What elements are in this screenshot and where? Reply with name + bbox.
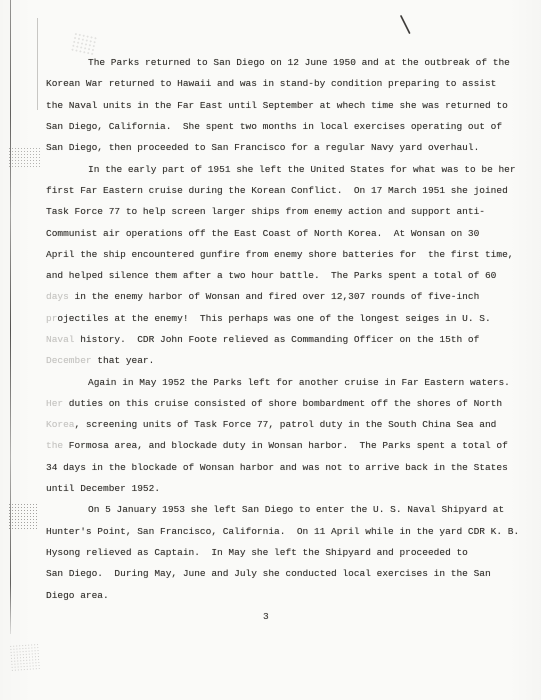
text-line: Hunter's Point, San Francisco, Californi… bbox=[46, 521, 520, 542]
text-line: San Diego, California. She spent two mon… bbox=[46, 116, 520, 137]
text-line: The Parks returned to San Diego on 12 Ju… bbox=[46, 52, 520, 73]
line-text: ojectiles at the enemy! This perhaps was… bbox=[57, 313, 490, 324]
faded-text: days bbox=[46, 291, 69, 302]
text-line: the Naval units in the Far East until Se… bbox=[46, 95, 520, 116]
text-line: and helped silence them after a two hour… bbox=[46, 265, 520, 286]
faded-text: pr bbox=[46, 313, 57, 324]
line-text: duties on this cruise consisted of shore… bbox=[63, 398, 502, 409]
text-line: the Formosa area, and blockade duty in W… bbox=[46, 435, 520, 456]
scan-edge-line-faint bbox=[37, 18, 38, 110]
text-line: Korean War returned to Hawaii and was in… bbox=[46, 73, 520, 94]
text-line: until December 1952. bbox=[46, 478, 520, 499]
text-line: In the early part of 1951 she left the U… bbox=[46, 158, 520, 179]
scan-smudge bbox=[8, 503, 39, 531]
text-line: days in the enemy harbor of Wonsan and f… bbox=[46, 286, 520, 307]
scan-edge-line bbox=[10, 0, 11, 634]
text-line: Korea, screening units of Task Force 77,… bbox=[46, 414, 520, 435]
text-line: On 5 January 1953 she left San Diego to … bbox=[46, 499, 520, 520]
line-text: , screening units of Task Force 77, patr… bbox=[75, 419, 497, 430]
faded-text: December bbox=[46, 355, 92, 366]
line-text: that year. bbox=[92, 355, 155, 366]
page-number: 3 bbox=[263, 611, 269, 622]
text-line: Hysong relieved as Captain. In May she l… bbox=[46, 542, 520, 563]
text-line: first Far Eastern cruise during the Kore… bbox=[46, 180, 520, 201]
faded-text: the bbox=[46, 440, 63, 451]
scan-smudge bbox=[8, 147, 40, 168]
faded-text: Naval bbox=[46, 334, 75, 345]
text-block: The Parks returned to San Diego on 12 Ju… bbox=[46, 52, 520, 606]
scan-smudge bbox=[9, 643, 40, 672]
faded-text: Her bbox=[46, 398, 63, 409]
scanned-page: The Parks returned to San Diego on 12 Ju… bbox=[0, 0, 541, 700]
text-line: 34 days in the blockade of Wonsan harbor… bbox=[46, 457, 520, 478]
text-line: Task Force 77 to help screen larger ship… bbox=[46, 201, 520, 222]
line-text: in the enemy harbor of Wonsan and fired … bbox=[69, 291, 479, 302]
line-text: Formosa area, and blockade duty in Wonsa… bbox=[63, 440, 508, 451]
text-line: San Diego. During May, June and July she… bbox=[46, 563, 520, 584]
text-line: December that year. bbox=[46, 350, 520, 371]
text-line: Her duties on this cruise consisted of s… bbox=[46, 393, 520, 414]
text-line: San Diego, then proceeded to San Francis… bbox=[46, 137, 520, 158]
text-line: Communist air operations off the East Co… bbox=[46, 222, 520, 243]
pen-mark bbox=[398, 13, 414, 42]
text-line: Again in May 1952 the Parks left for ano… bbox=[46, 371, 520, 392]
line-text: history. CDR John Foote relieved as Comm… bbox=[75, 334, 480, 345]
text-line: Diego area. bbox=[46, 584, 520, 605]
text-line: projectiles at the enemy! This perhaps w… bbox=[46, 308, 520, 329]
text-line: Naval history. CDR John Foote relieved a… bbox=[46, 329, 520, 350]
faded-text: Korea bbox=[46, 419, 75, 430]
text-line: April the ship encountered gunfire from … bbox=[46, 244, 520, 265]
